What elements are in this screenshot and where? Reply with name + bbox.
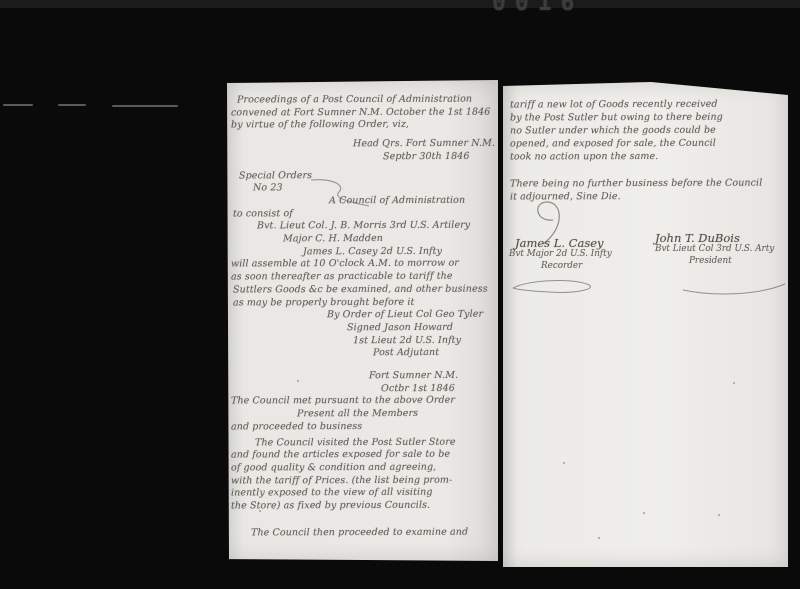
signature-block-recorder: James L. Casey Bvt Major 2d U.S. Infty R… [515, 237, 612, 272]
right-page-text: tariff a new lot of Goods recently recei… [510, 98, 780, 203]
manuscript-line: Fort Sumner N.M. [369, 370, 492, 383]
manuscript-line: Bvt. Lieut Col. J. B. Morris 3rd U.S. Ar… [257, 220, 492, 234]
manuscript-line: Suttlers Goods &c be examined, and other… [233, 283, 492, 297]
manuscript-line: the Store) as fixed by previous Councils… [231, 500, 492, 514]
manuscript-line: The Council then proceeded to examine an… [251, 526, 492, 540]
scan-speck [733, 382, 735, 384]
manuscript-line: Present all the Members [297, 408, 492, 421]
manuscript-line: A Council of Administration [329, 195, 492, 208]
manuscript-line: opened, and exposed for sale, the Counci… [510, 137, 780, 151]
signature-name: John T. DuBois [655, 232, 774, 244]
scan-speck [643, 512, 645, 514]
manuscript-line: took no action upon the same. [510, 150, 780, 164]
manuscript-line: By Order of Lieut Col Geo Tyler [327, 309, 492, 322]
manuscript-line: There being no further business before t… [510, 177, 780, 191]
scan-artifact-dash [112, 105, 178, 107]
manuscript-line: and proceeded to business [231, 420, 492, 434]
manuscript-line: Head Qrs. Fort Sumner N.M. [353, 138, 492, 151]
signature-role: Recorder [541, 261, 612, 273]
scanned-document-viewer: { "colors": { "scanner_background": "#0a… [0, 0, 800, 589]
scan-artifact-dash [58, 104, 86, 106]
manuscript-line: 1st Lieut 2d U.S. Infty [353, 334, 492, 347]
manuscript-line: tariff a new lot of Goods recently recei… [510, 98, 780, 112]
manuscript-line: The Council met pursuant to the above Or… [231, 395, 492, 409]
manuscript-line: No 23 [253, 182, 492, 196]
scan-speck [297, 380, 299, 382]
signature-name: James L. Casey [515, 237, 612, 249]
manuscript-line: of good quality & condition and agreeing… [231, 462, 492, 476]
manuscript-line: Special Orders [239, 169, 492, 183]
signature-rank: Bvt Lieut Col 3rd U.S. Arty [655, 244, 774, 256]
scan-speck [563, 462, 565, 464]
scan-speck [598, 537, 600, 539]
manuscript-line: inently exposed to the view of all visit… [231, 487, 492, 501]
manuscript-line: The Council visited the Post Sutler Stor… [255, 436, 492, 450]
manuscript-line: Signed Jason Howard [347, 322, 492, 335]
scan-speck [259, 510, 261, 512]
scan-speck [427, 200, 429, 202]
manuscript-line: no Sutler under which the goods could be [510, 124, 780, 138]
manuscript-line: and found the articles exposed for sale … [231, 449, 492, 463]
manuscript-line: as may be properly brought before it [233, 296, 492, 310]
manuscript-line: Septbr 30th 1846 [383, 151, 492, 164]
manuscript-line: Post Adjutant [373, 347, 492, 360]
signature-rank: Bvt Major 2d U.S. Infty [509, 249, 612, 261]
right-page-scan: tariff a new lot of Goods recently recei… [503, 82, 788, 567]
left-page-scan: Proceedings of a Post Council of Adminis… [227, 80, 498, 561]
left-page-text: Proceedings of a Post Council of Adminis… [231, 94, 492, 540]
signature-block-president: John T. DuBois Bvt Lieut Col 3rd U.S. Ar… [655, 232, 774, 267]
manuscript-line: Proceedings of a Post Council of Adminis… [237, 94, 492, 108]
scan-speck [718, 514, 720, 516]
page-number-stamp: 0016 [492, 0, 583, 16]
manuscript-line: will assemble at 10 O'clock A.M. to morr… [231, 258, 492, 272]
manuscript-line: by virtue of the following Order, viz, [231, 119, 492, 133]
manuscript-line: it adjourned, Sine Die. [510, 190, 780, 204]
manuscript-line: by the Post Sutler but owing to there be… [510, 111, 780, 125]
signature-underline-flourish [681, 276, 789, 300]
manuscript-line: as soon thereafter as practicable to tar… [231, 271, 492, 285]
scan-top-band [0, 0, 800, 8]
signature-role: President [689, 256, 774, 268]
manuscript-line: Major C. H. Madden [283, 233, 492, 246]
signature-underline-flourish [509, 276, 609, 298]
scan-artifact-dash [3, 104, 33, 106]
